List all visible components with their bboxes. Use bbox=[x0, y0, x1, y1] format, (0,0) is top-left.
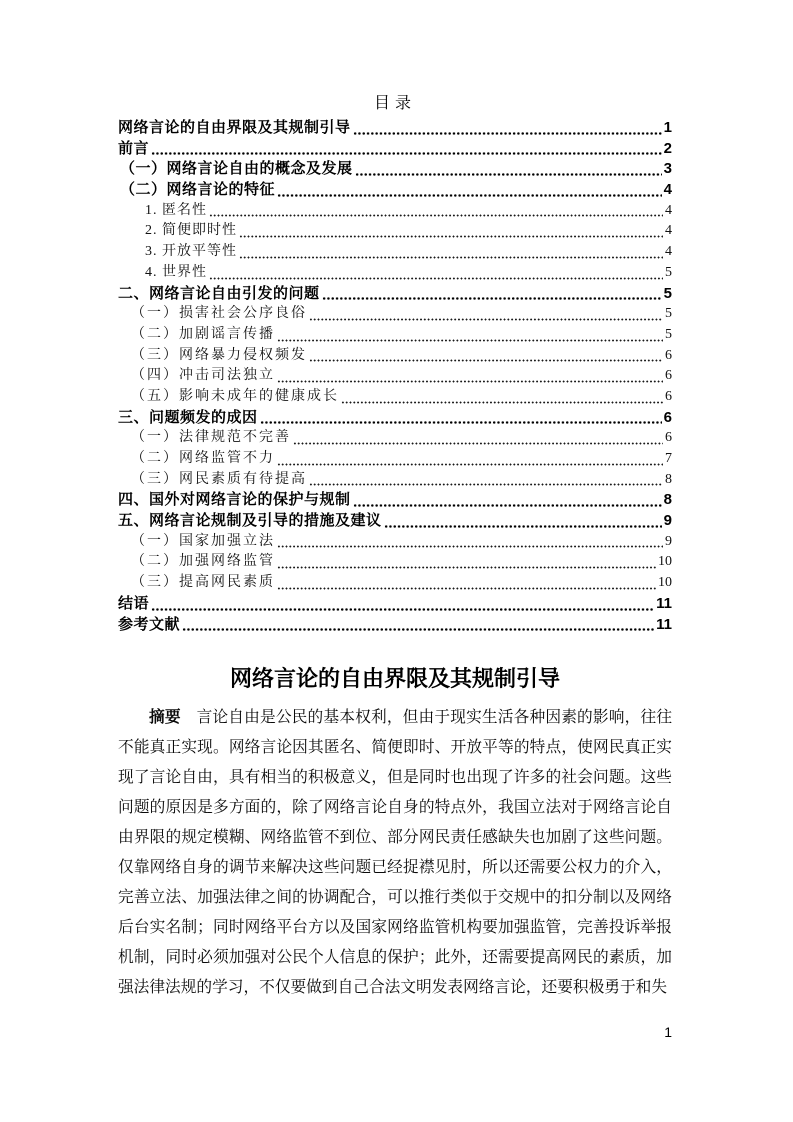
toc-page-number: 7 bbox=[665, 449, 672, 470]
toc-entry-label: （三）网民素质有待提高 bbox=[131, 470, 307, 491]
toc-heading: 目录 bbox=[118, 94, 672, 114]
leader-dots bbox=[239, 256, 663, 259]
toc-entry-label: 4. 世界性 bbox=[145, 263, 207, 284]
toc-entry-label: （二）加强网络监管 bbox=[131, 552, 275, 573]
toc-page-number: 4 bbox=[665, 221, 672, 242]
toc-page-number: 5 bbox=[664, 284, 672, 305]
toc-entry-label: （一）法律规范不完善 bbox=[131, 428, 291, 449]
page-number: 1 bbox=[664, 1024, 672, 1040]
leader-dots bbox=[277, 463, 663, 466]
toc-entry[interactable]: （三）网民素质有待提高8 bbox=[118, 470, 672, 491]
toc-page-number: 10 bbox=[658, 552, 672, 573]
toc-entry-label: 2. 简便即时性 bbox=[145, 221, 237, 242]
toc-entry[interactable]: （四）冲击司法独立6 bbox=[118, 366, 672, 387]
toc-entry-label: 前言 bbox=[118, 139, 149, 160]
toc-entry-label: （四）冲击司法独立 bbox=[131, 366, 275, 387]
toc-entry-label: （二）网络监管不力 bbox=[131, 449, 275, 470]
leader-dots bbox=[309, 359, 663, 362]
toc-entry-label: （五）影响未成年的健康成长 bbox=[131, 387, 339, 408]
leader-dots bbox=[353, 132, 662, 135]
toc-entry[interactable]: （二）加强网络监管10 bbox=[118, 552, 672, 573]
leader-dots bbox=[309, 483, 663, 486]
leader-dots bbox=[277, 194, 662, 197]
toc-entry-label: 3. 开放平等性 bbox=[145, 242, 237, 263]
toc-page-number: 9 bbox=[664, 511, 672, 532]
toc-entry[interactable]: （二）网络言论的特征4 bbox=[118, 180, 672, 201]
leader-dots bbox=[341, 401, 663, 404]
toc-entry[interactable]: （三）网络暴力侵权频发6 bbox=[118, 346, 672, 367]
leader-dots bbox=[151, 608, 654, 611]
toc-entry-label: （一）国家加强立法 bbox=[131, 532, 275, 553]
toc-entry[interactable]: 五、网络言论规制及引导的措施及建议9 bbox=[118, 511, 672, 532]
toc-page-number: 4 bbox=[665, 201, 672, 222]
toc-entry[interactable]: （一）法律规范不完善6 bbox=[118, 428, 672, 449]
abstract-label: 摘要 bbox=[149, 709, 181, 726]
leader-dots bbox=[277, 566, 656, 569]
abstract-paragraph: 摘要 言论自由是公民的基本权利，但由于现实生活各种因素的影响，往往不能真正实现。… bbox=[118, 703, 672, 1003]
toc-page-number: 4 bbox=[664, 180, 672, 201]
toc-entry-label: 参考文献 bbox=[118, 615, 180, 636]
leader-dots bbox=[309, 318, 663, 321]
leader-dots bbox=[209, 214, 663, 217]
leader-dots bbox=[277, 545, 663, 548]
toc-entry[interactable]: 3. 开放平等性4 bbox=[118, 242, 672, 263]
toc-entry[interactable]: 四、国外对网络言论的保护与规制8 bbox=[118, 490, 672, 511]
toc-page-number: 10 bbox=[658, 573, 672, 594]
toc-entry[interactable]: （三）提高网民素质10 bbox=[118, 573, 672, 594]
toc-page-number: 3 bbox=[664, 159, 672, 180]
leader-dots bbox=[322, 297, 662, 300]
toc-page-number: 6 bbox=[665, 366, 672, 387]
toc-entry-label: （一）损害社会公序良俗 bbox=[131, 304, 307, 325]
leader-dots bbox=[277, 587, 656, 590]
toc-entry-label: （二）加剧谣言传播 bbox=[131, 325, 275, 346]
toc-entry-label: 1. 匿名性 bbox=[145, 201, 207, 222]
toc-entry[interactable]: （二）加剧谣言传播5 bbox=[118, 325, 672, 346]
leader-dots bbox=[260, 421, 662, 424]
toc-page-number: 6 bbox=[664, 408, 672, 429]
leader-dots bbox=[277, 339, 663, 342]
toc-page-number: 11 bbox=[656, 594, 672, 615]
toc-entry-label: （二）网络言论的特征 bbox=[120, 180, 275, 201]
toc-entry[interactable]: 1. 匿名性4 bbox=[118, 201, 672, 222]
toc-entry[interactable]: 前言2 bbox=[118, 139, 672, 160]
toc-page-number: 5 bbox=[665, 304, 672, 325]
toc-entry-label: 二、网络言论自由引发的问题 bbox=[118, 284, 320, 305]
toc-entry[interactable]: （五）影响未成年的健康成长6 bbox=[118, 387, 672, 408]
toc-entry[interactable]: 二、网络言论自由引发的问题5 bbox=[118, 284, 672, 305]
toc-page-number: 5 bbox=[665, 263, 672, 284]
document-page: 目录 网络言论的自由界限及其规制引导1前言2（一）网络言论自由的概念及发展3（二… bbox=[0, 0, 793, 1122]
toc-entry-label: （三）网络暴力侵权频发 bbox=[131, 346, 307, 367]
leader-dots bbox=[293, 442, 663, 445]
toc-entry-label: （一）网络言论自由的概念及发展 bbox=[120, 159, 353, 180]
toc-page-number: 1 bbox=[664, 118, 672, 139]
abstract-text: 言论自由是公民的基本权利，但由于现实生活各种因素的影响，往往不能真正实现。网络言… bbox=[118, 709, 672, 996]
document-title: 网络言论的自由界限及其规制引导 bbox=[118, 662, 672, 695]
toc-entry[interactable]: 4. 世界性5 bbox=[118, 263, 672, 284]
toc-page-number: 6 bbox=[665, 387, 672, 408]
leader-dots bbox=[353, 504, 662, 507]
toc-entry[interactable]: 参考文献11 bbox=[118, 615, 672, 636]
toc-entry-label: 网络言论的自由界限及其规制引导 bbox=[118, 118, 351, 139]
toc-entry[interactable]: （一）网络言论自由的概念及发展3 bbox=[118, 159, 672, 180]
leader-dots bbox=[384, 525, 662, 528]
toc-page-number: 11 bbox=[656, 615, 672, 636]
toc-entry[interactable]: 2. 简便即时性4 bbox=[118, 221, 672, 242]
leader-dots bbox=[209, 277, 663, 280]
toc-entry[interactable]: （二）网络监管不力7 bbox=[118, 449, 672, 470]
leader-dots bbox=[277, 380, 663, 383]
leader-dots bbox=[239, 235, 663, 238]
toc-entry[interactable]: 网络言论的自由界限及其规制引导1 bbox=[118, 118, 672, 139]
toc-page-number: 9 bbox=[665, 532, 672, 553]
toc-entry-label: （三）提高网民素质 bbox=[131, 573, 275, 594]
toc-entry[interactable]: 三、问题频发的成因6 bbox=[118, 408, 672, 429]
toc-page-number: 2 bbox=[664, 139, 672, 160]
leader-dots bbox=[355, 173, 662, 176]
toc-entry-label: 五、网络言论规制及引导的措施及建议 bbox=[118, 511, 382, 532]
leader-dots bbox=[182, 628, 654, 631]
toc-page-number: 6 bbox=[665, 346, 672, 367]
toc-page-number: 5 bbox=[665, 325, 672, 346]
toc-page-number: 6 bbox=[665, 428, 672, 449]
toc-entry-label: 四、国外对网络言论的保护与规制 bbox=[118, 490, 351, 511]
toc-page-number: 8 bbox=[664, 490, 672, 511]
toc-entry[interactable]: （一）损害社会公序良俗5 bbox=[118, 304, 672, 325]
toc-page-number: 4 bbox=[665, 242, 672, 263]
toc-entry-label: 结语 bbox=[118, 594, 149, 615]
toc-entry-label: 三、问题频发的成因 bbox=[118, 408, 258, 429]
toc-entry[interactable]: 结语11 bbox=[118, 594, 672, 615]
toc-page-number: 8 bbox=[665, 470, 672, 491]
toc-list: 网络言论的自由界限及其规制引导1前言2（一）网络言论自由的概念及发展3（二）网络… bbox=[118, 118, 672, 635]
toc-entry[interactable]: （一）国家加强立法9 bbox=[118, 532, 672, 553]
leader-dots bbox=[151, 152, 662, 155]
